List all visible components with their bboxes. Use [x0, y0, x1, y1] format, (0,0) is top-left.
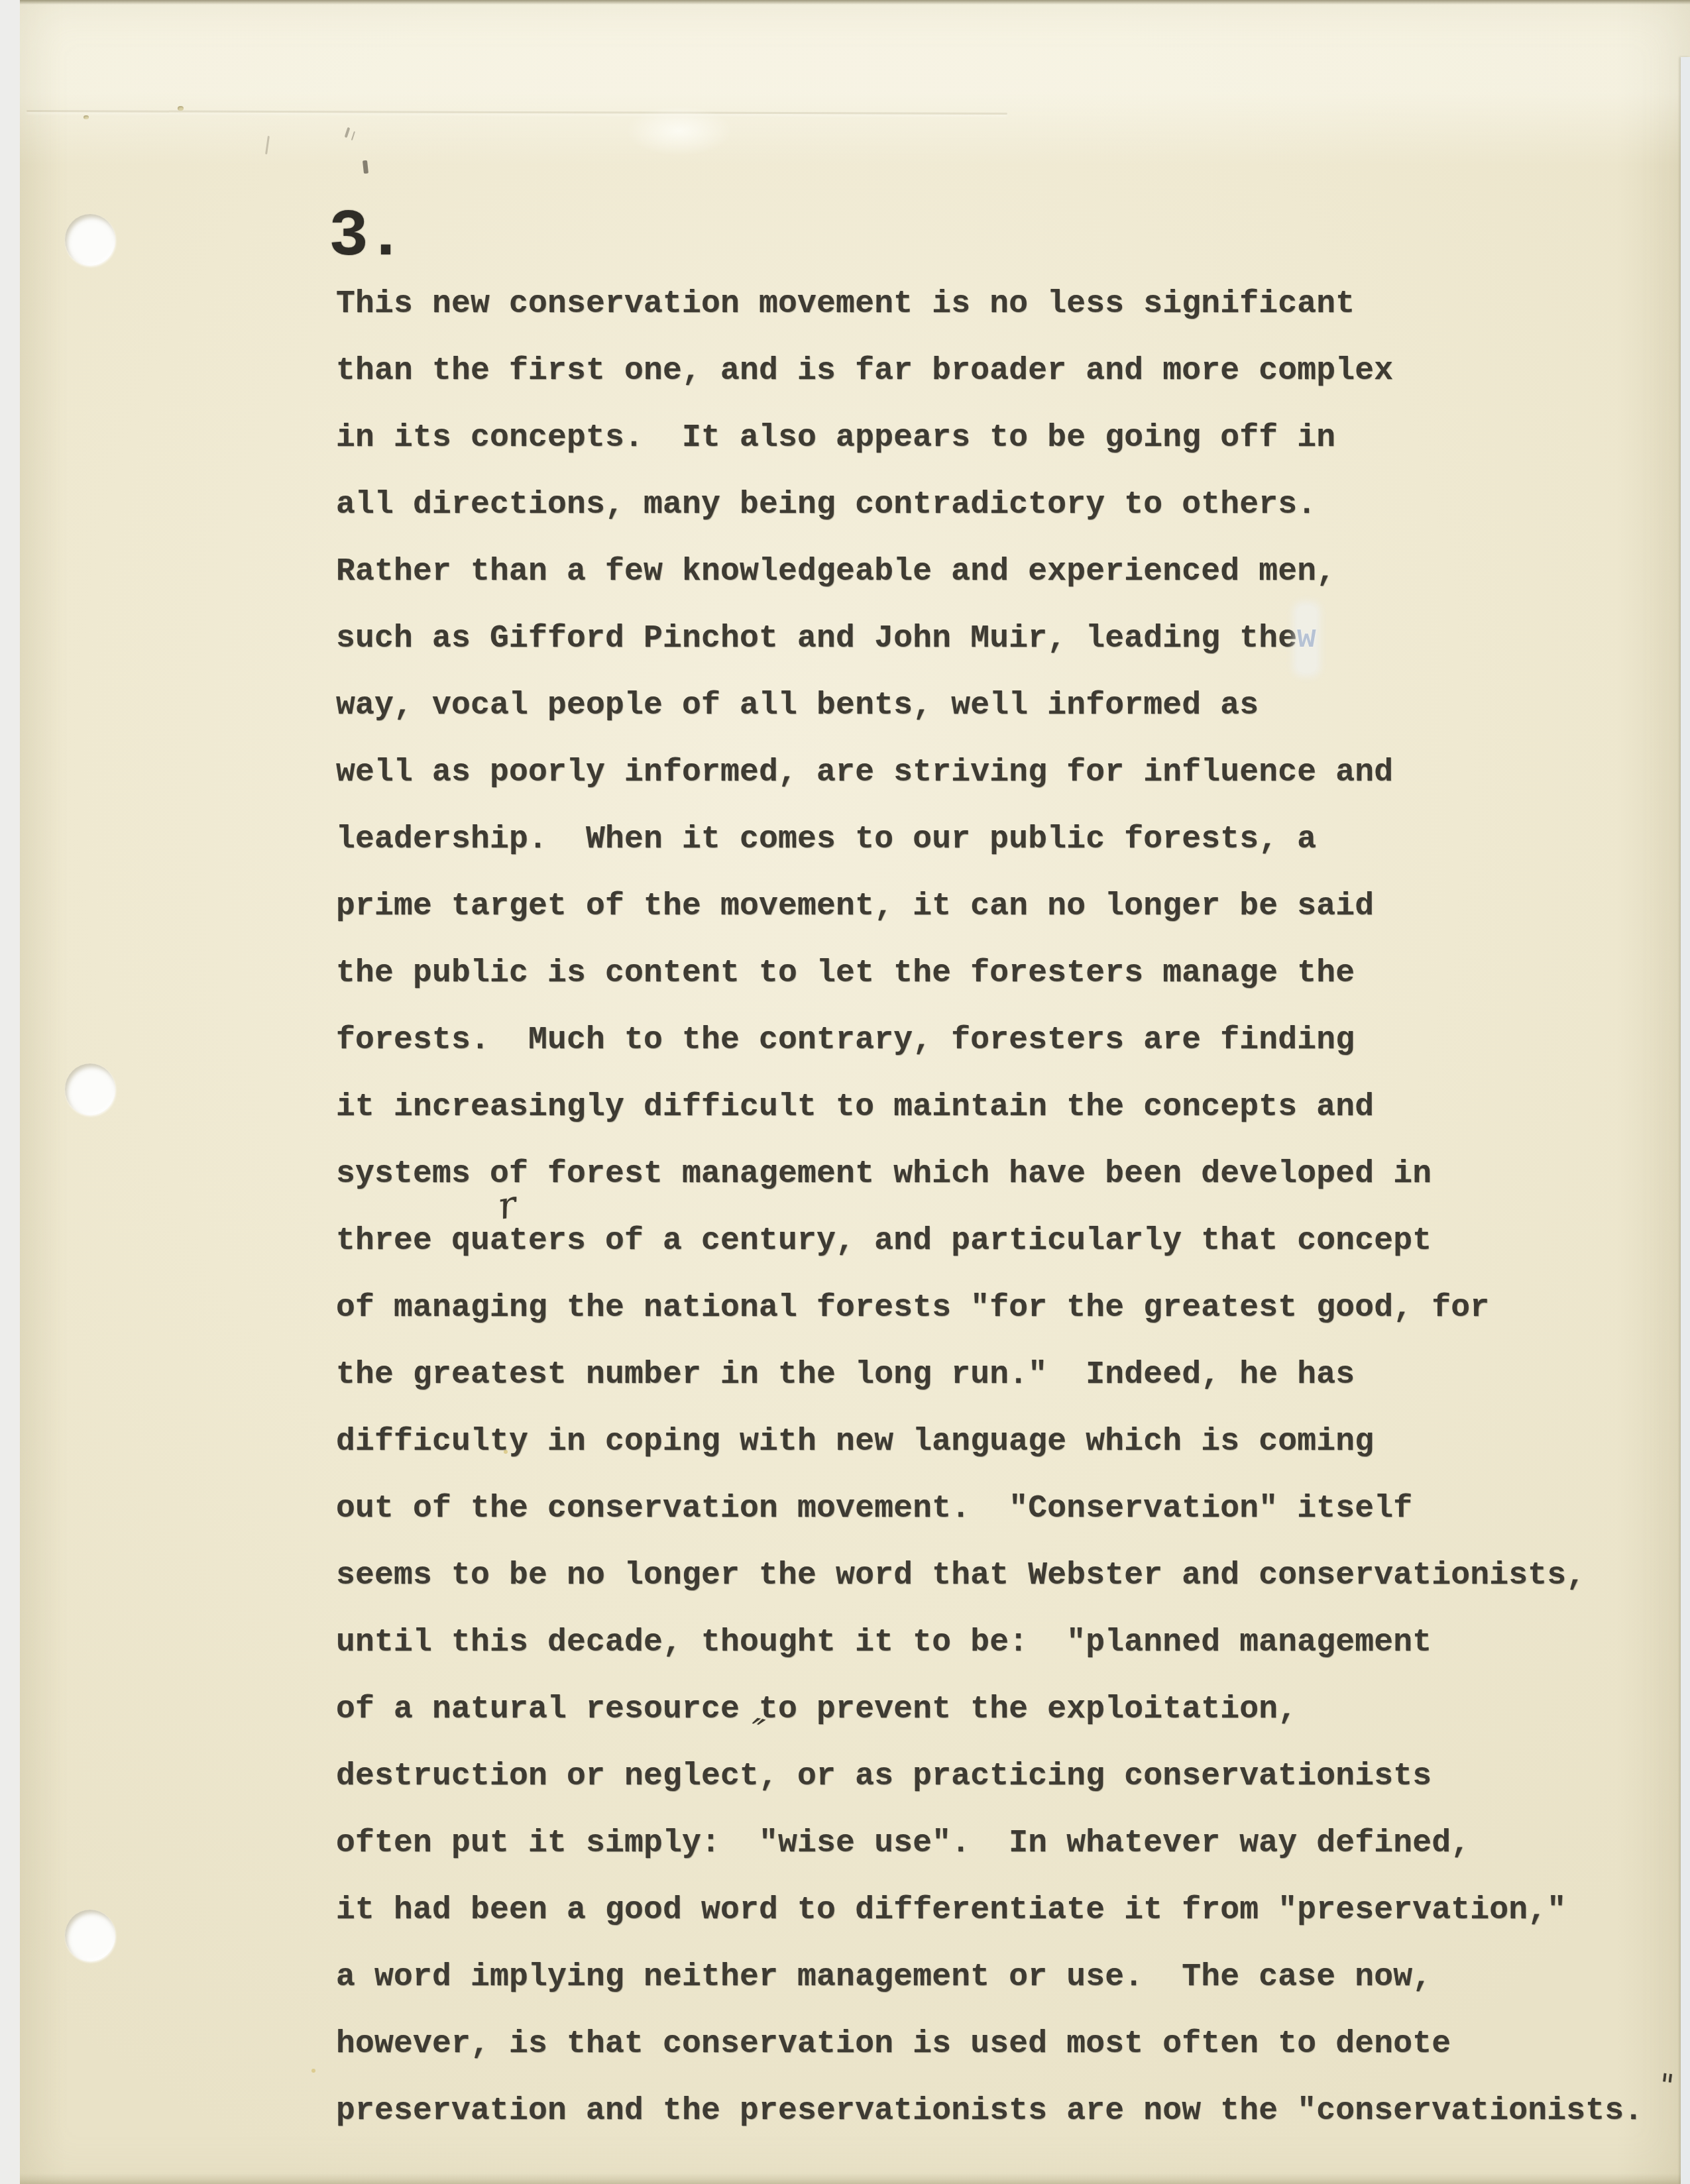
typewritten-line: prime target of the movement, it can no … — [336, 873, 1681, 940]
whiteout-correction: w — [1297, 606, 1316, 673]
punch-hole-middle — [65, 1064, 115, 1115]
scan-glare — [626, 106, 732, 156]
typewritten-line: seems to be no longer the word that Webs… — [336, 1543, 1681, 1610]
typewritten-line: way, vocal people of all bents, well inf… — [336, 673, 1681, 739]
typewritten-line: often put it simply: "wise use". In what… — [336, 1810, 1681, 1877]
typewritten-line: than the first one, and is far broader a… — [336, 338, 1681, 405]
scanner-edge-strip — [1681, 57, 1690, 2184]
typewritten-line: destruction or neglect, or as practicing… — [336, 1743, 1681, 1810]
paper-speck — [178, 106, 184, 111]
typewritten-line: until this decade, thought it to be: "pl… — [336, 1610, 1681, 1676]
typewritten-body: This new conservation movement is no les… — [336, 271, 1681, 2145]
typewritten-line: of a natural resource to prevent the exp… — [336, 1676, 1681, 1743]
typewritten-line: three quaters of a century, and particul… — [336, 1208, 1681, 1275]
typewritten-line: leadership. When it comes to our public … — [336, 806, 1681, 873]
typewritten-line: Rather than a few knowledgeable and expe… — [336, 539, 1681, 606]
typewritten-line: of managing the national forests "for th… — [336, 1275, 1681, 1342]
typewritten-line: such as Gifford Pinchot and John Muir, l… — [336, 606, 1681, 673]
page-number: 3. — [329, 205, 403, 271]
typewritten-line: forests. Much to the contrary, foresters… — [336, 1007, 1681, 1074]
typewritten-line: out of the conservation movement. "Conse… — [336, 1476, 1681, 1543]
typewritten-line: the greatest number in the long run." In… — [336, 1342, 1681, 1409]
scanned-typewritten-page: 3. This new conservation movement is no … — [0, 0, 1690, 2184]
typewritten-line: This new conservation movement is no les… — [336, 271, 1681, 338]
typewritten-line: in its concepts. It also appears to be g… — [336, 405, 1681, 472]
typewritten-line: preservation and the preservationists ar… — [336, 2078, 1681, 2145]
typewritten-line: it had been a good word to differentiate… — [336, 1877, 1681, 1944]
typewritten-line: the public is content to let the foreste… — [336, 940, 1681, 1007]
punch-hole-top — [65, 214, 115, 266]
paper-speck — [311, 2069, 315, 2073]
typewritten-line: all directions, many being contradictory… — [336, 472, 1681, 539]
typewritten-line: difficulty in coping with new language w… — [336, 1409, 1681, 1476]
typewritten-line: however, is that conservation is used mo… — [336, 2011, 1681, 2078]
typewritten-line: well as poorly informed, are striving fo… — [336, 739, 1681, 806]
typewritten-line: it increasingly difficult to maintain th… — [336, 1074, 1681, 1141]
typewritten-line: systems of forest management which have … — [336, 1141, 1681, 1208]
typewritten-line: a word implying neither management or us… — [336, 1944, 1681, 2011]
paper-speck — [84, 115, 89, 119]
punch-hole-bottom — [65, 1910, 115, 1961]
